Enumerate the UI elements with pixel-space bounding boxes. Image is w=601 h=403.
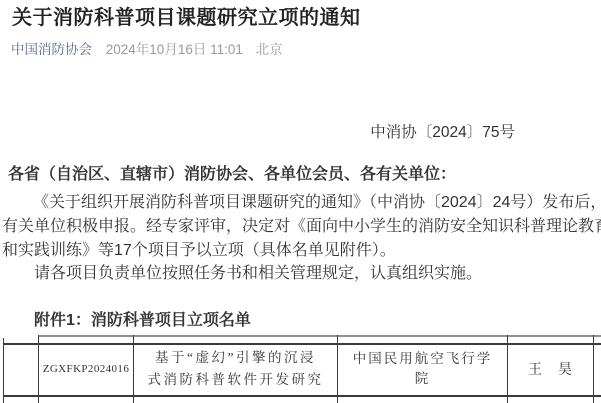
paragraph1-line1: 《关于组织开展消防科普项目课题研究的通知》（中消协〔2024〕24号）发布后， (33, 194, 601, 211)
table-cell-project-code: ZGXFKP2024016 (39, 343, 133, 395)
table-stub-line (133, 335, 134, 343)
account-name-link[interactable]: 中国消防协会 (11, 42, 92, 57)
table-stub-line (38, 335, 39, 343)
salutation-line: 各省（自治区、直辖市）消防协会、各单位会员、各有关单位： (8, 166, 456, 183)
project-leader-name: 王 昊 (528, 359, 573, 379)
attachment-heading: 附件1：消防科普项目立项名单 (34, 307, 251, 330)
article-title: 关于消防科普项目课题研究立项的通知 (12, 5, 587, 31)
project-title-line1: 基于“虚幻”引擎的沉浸 (155, 347, 316, 369)
table-cell-project-title: 基于“虚幻”引擎的沉浸 式消防科普软件开发研究 (134, 343, 337, 395)
paragraph2: 请各项目负责单位按照任务书和相关管理规定，认真组织实施。 (34, 265, 482, 282)
table-cell-leader: 王 昊 (508, 343, 593, 395)
table-vline (3, 338, 4, 403)
table-top-gray-line (38, 335, 601, 337)
table-row-bottom-border (3, 395, 601, 397)
table-stub-line (593, 335, 594, 343)
table-vline (593, 343, 594, 403)
organization-line2: 院 (415, 369, 431, 389)
article-page: 关于消防科普项目课题研究立项的通知 中国消防协会 2024年10月16日 11:… (0, 0, 601, 403)
table-stub-line (507, 335, 508, 343)
publish-datetime: 2024年10月16日 11:01 (106, 42, 243, 57)
table-cell-organization: 中国民用航空飞行学 院 (338, 343, 507, 395)
article-byline: 中国消防协会 2024年10月16日 11:01 北京 (11, 42, 283, 58)
publish-location: 北京 (256, 42, 283, 57)
project-code: ZGXFKP2024016 (43, 363, 130, 375)
paragraph1-line2: 有关单位积极申报。经专家评审，决定对《面向中小学生的消防安全知识科普理论教育 (2, 218, 601, 235)
document-number: 中消协〔2024〕75号 (0, 124, 515, 141)
organization-line1: 中国民用航空飞行学 (353, 349, 493, 369)
table-stub-line (337, 335, 338, 343)
paragraph1-line3: 和实践训练》等17个项目予以立项（具体名单见附件）。 (2, 242, 396, 259)
project-title-line2: 式消防科普软件开发研究 (148, 369, 324, 391)
